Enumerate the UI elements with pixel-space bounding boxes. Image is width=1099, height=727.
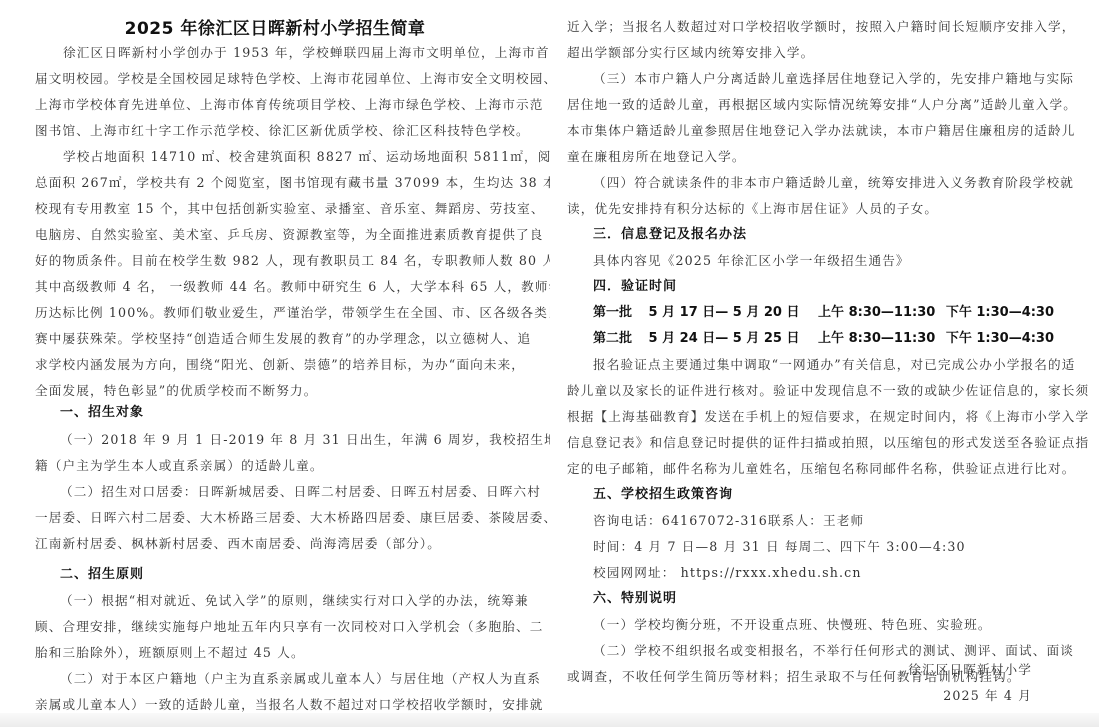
facilities-paragraph-line: 好的物质条件。目前在校学生数 982 人，现有教职员工 84 名，专职教师人数 … <box>35 251 570 271</box>
contact-person: 联系人：王老师 <box>768 511 864 531</box>
facilities-paragraph-line: 赛中屡获殊荣。学校坚持“创造适合师生发展的教育”的办学理念，以立德树人、追 <box>35 329 531 349</box>
principles-item-line: 胎和三胎除外），班额原则上不超过 45 人。 <box>35 643 305 663</box>
verification-paragraph-line: 根据【上海基础教育】发送在手机上的短信要求，在规定时间内，将《上海市小学入学 <box>567 407 1089 427</box>
page-right: 近入学；当报名人数超过对口学校招收学额时，按照入户籍时间长短顺序安排入学， 超出… <box>550 0 1099 727</box>
school-website: 校园网网址： https://rxxx.xhedu.sh.cn <box>593 563 862 583</box>
separated-household-line: （三）本市户籍人户分离适龄儿童选择居住地登记入学的，先安排户籍地与实际 <box>593 69 1074 89</box>
section-heading-verification-time: 四．验证时间 <box>593 277 677 297</box>
batch-morning-hours: 上午 8:30—11:30 <box>818 305 935 320</box>
separated-household-line: 本市集体户籍适龄儿童参照居住地登记入学办法就读，本市户籍居住廉租房的适龄儿 <box>567 121 1076 141</box>
contact-time: 时间：4 月 7 日—8 月 31 日 每周二、四下午 3:00—4:30 <box>593 537 966 557</box>
principles-continued-line: 近入学；当报名人数超过对口学校招收学额时，按照入户籍时间长短顺序安排入学， <box>567 17 1076 37</box>
contact-phone: 咨询电话：64167072-316 <box>593 511 768 531</box>
facilities-paragraph-line: 电脑房、自然实验室、美术室、乒乓房、资源教室等，为全面推进素质教育提供了良 <box>35 225 544 245</box>
intro-paragraph-line: 徐汇区日晖新村小学创办于 1953 年，学校蝉联四届上海市文明单位，上海市首 <box>63 43 550 63</box>
verification-paragraph-line: 信息登记表》和信息登记时提供的证件扫描或拍照，以压缩包的形式发送至各验证点指 <box>567 433 1089 453</box>
batch-row-2: 第二批 5 月 24 日— 5 月 25 日 上午 8:30—11:30 下午 … <box>593 329 1054 349</box>
facilities-paragraph-line: 总面积 267㎡，学校共有 2 个阅览室，图书馆现有藏书量 37099 本，生均… <box>35 173 584 193</box>
non-local-children-line: （四）符合就读条件的非本市户籍适龄儿童，统筹安排进入义务教育阶段学校就 <box>593 173 1074 193</box>
residential-committees-line: （二）招生对口居委：日晖新城居委、日晖二村居委、日晖五村居委、日晖六村 <box>60 482 541 502</box>
section-heading-special-notes: 六、特别说明 <box>593 589 677 609</box>
residential-committees-line: 一居委、日晖六村二居委、大木桥路三居委、大木桥路四居委、康巨居委、茶陵居委、 <box>35 508 557 528</box>
principles-continued-line: 超出学额部分实行区域内统筹安排入学。 <box>567 43 814 63</box>
separated-household-line: 童在廉租房所在地登记入学。 <box>567 147 746 167</box>
principles-item-line: 顾、合理安排，继续实施每户地址五年内只享有一次同校对口入学机会（多胞胎、二 <box>35 617 544 637</box>
intro-paragraph-line: 图书馆、上海市红十字工作示范学校、徐汇区新优质学校、徐汇区科技特色学校。 <box>35 121 530 141</box>
section-heading-registration: 三．信息登记及报名办法 <box>593 225 747 245</box>
document-title: 2025 年徐汇区日晖新村小学招生简章 <box>0 14 550 39</box>
principles-item-line: 亲属或儿童本人）一致的适龄儿童，当报名人数不超过对口学校招收学额时，安排就 <box>35 695 544 715</box>
signature-school-name: 徐汇区日晖新村小学 <box>908 660 1032 680</box>
special-note-line: （二）学校不组织报名或变相报名，不举行任何形式的测试、测评、面试、面谈 <box>593 641 1074 661</box>
intro-paragraph-line: 届文明校园。学校是全国校园足球特色学校、上海市花园单位、上海市安全文明校园、 <box>35 69 557 89</box>
page-bottom-edge <box>0 713 550 727</box>
enrollment-target-item-line: 籍（户主为学生本人或直系亲属）的适龄儿童。 <box>35 456 324 476</box>
separated-household-line: 居住地一致的适龄儿童，再根据区域内实际情况统筹安排“人户分离”适龄儿童入学。 <box>567 95 1077 115</box>
facilities-paragraph-line: 校现有专用教室 15 个，其中包括创新实验室、录播室、音乐室、舞蹈房、劳技室、 <box>35 199 545 219</box>
batch-dates: 5 月 24 日— 5 月 25 日 <box>649 331 800 346</box>
verification-paragraph-line: 龄儿童以及家长的证件进行核对。验证中发现信息不一致的或缺少佐证信息的，家长须 <box>567 381 1089 401</box>
facilities-paragraph-line: 全面发展，特色彰显”的优质学校而不断努力。 <box>35 381 317 401</box>
verification-paragraph-line: 报名验证点主要通过集中调取“一网通办”有关信息，对已完成公办小学报名的适 <box>593 355 1075 375</box>
batch-row-1: 第一批 5 月 17 日— 5 月 20 日 上午 8:30—11:30 下午 … <box>593 303 1054 323</box>
batch-afternoon-hours: 下午 1:30—4:30 <box>946 331 1054 346</box>
facilities-paragraph-line: 求学校内涵发展为方向，围绕“阳光、创新、崇德”的培养目标，为办“面向未来， <box>35 355 525 375</box>
page-bottom-edge <box>550 713 1099 727</box>
residential-committees-line: 江南新村居委、枫林新村居委、西木南居委、尚海湾居委（部分）。 <box>35 534 441 554</box>
principles-item-line: （一）根据“相对就近、免试入学”的原则，继续实行对口入学的办法，统筹兼 <box>60 591 529 611</box>
batch-label: 第二批 <box>593 331 632 346</box>
batch-dates: 5 月 17 日— 5 月 20 日 <box>649 305 800 320</box>
intro-paragraph-line: 上海市学校体育先进单位、上海市体育传统项目学校、上海市绿色学校、上海市示范 <box>35 95 544 115</box>
registration-notice-text: 具体内容见《2025 年徐汇区小学一年级招生通告》 <box>593 251 910 271</box>
signature-date: 2025 年 4 月 <box>943 686 1032 706</box>
principles-item-line: （二）对于本区户籍地（户主为直系亲属或儿童本人）与居住地（产权人为直系 <box>60 669 541 689</box>
verification-paragraph-line: 定的电子邮箱，邮件名称为儿童姓名，压缩包名称同邮件名称，供验证点进行比对。 <box>567 459 1076 479</box>
section-heading-consultation: 五、学校招生政策咨询 <box>593 485 733 505</box>
batch-afternoon-hours: 下午 1:30—4:30 <box>946 305 1054 320</box>
batch-label: 第一批 <box>593 305 632 320</box>
section-heading-enrollment-target: 一、招生对象 <box>60 403 144 423</box>
section-heading-enrollment-principles: 二、招生原则 <box>60 565 144 585</box>
batch-morning-hours: 上午 8:30—11:30 <box>818 331 935 346</box>
page-left: 2025 年徐汇区日晖新村小学招生简章 徐汇区日晖新村小学创办于 1953 年，… <box>0 0 550 727</box>
special-note-line: （一）学校均衡分班，不开设重点班、快慢班、特色班、实验班。 <box>593 615 992 635</box>
facilities-paragraph-line: 其中高级教师 4 名， 一级教师 44 名。教师中研究生 6 人，大学本科 65… <box>35 277 562 297</box>
facilities-paragraph-line: 历达标比例 100%。教师们敬业爱生，严谨治学，带领学生在全国、市、区各级各类比 <box>35 303 562 323</box>
non-local-children-line: 读，优先安排持有积分达标的《上海市居住证》人员的子女。 <box>567 199 938 219</box>
facilities-paragraph-line: 学校占地面积 14710 ㎡、校舍建筑面积 8827 ㎡、运动场地面积 5811… <box>63 147 579 167</box>
enrollment-target-item-line: （一）2018 年 9 月 1 日-2019 年 8 月 31 日出生，年满 6… <box>60 430 585 450</box>
